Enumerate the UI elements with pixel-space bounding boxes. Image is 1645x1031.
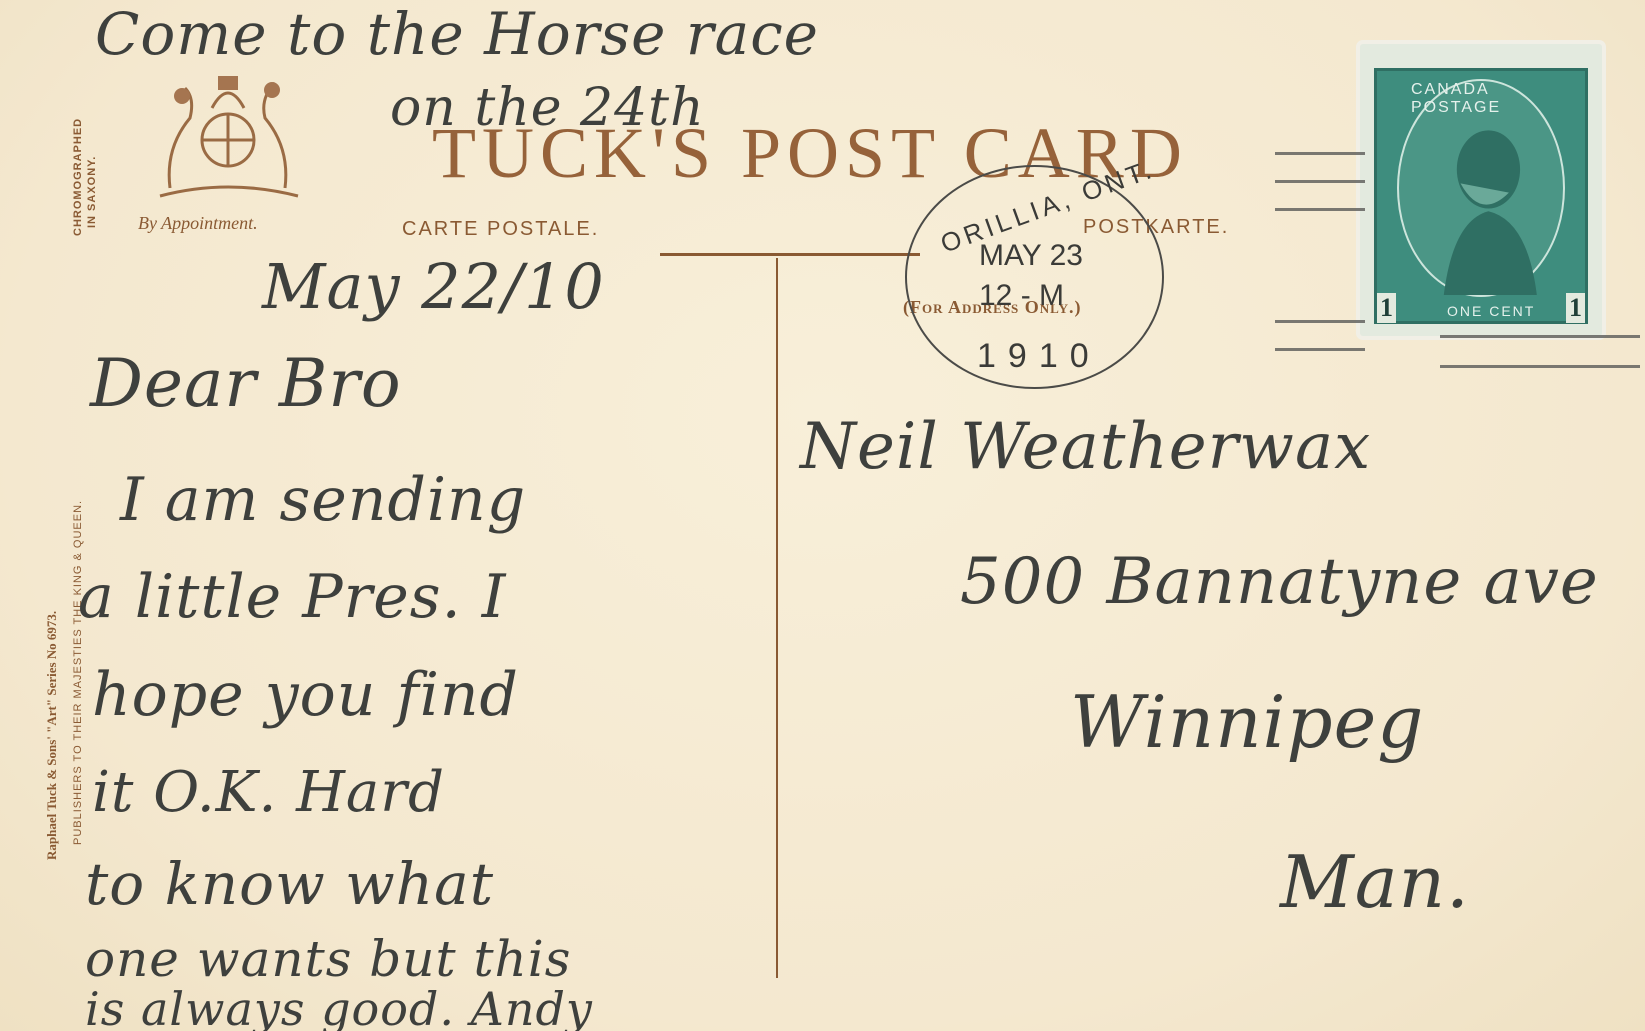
postmark-date: MAY 23	[979, 239, 1083, 273]
chromographed-label: CHROMOGRAPHED	[72, 118, 84, 236]
divider-vertical	[776, 258, 778, 978]
by-appointment-label: By Appointment.	[138, 213, 258, 234]
cancel-line	[1440, 335, 1640, 338]
address-line: Man.	[1280, 840, 1470, 924]
cancel-line	[1275, 348, 1365, 351]
in-saxony-label: IN SAXONY.	[86, 156, 98, 228]
divider-horizontal	[660, 253, 920, 256]
cancel-line	[1275, 152, 1365, 155]
handwritten-header-line2: on the 24th	[390, 78, 705, 138]
address-line: Winnipeg	[1070, 680, 1424, 764]
handwritten-greeting: Dear Bro	[90, 345, 402, 422]
cancel-line	[1275, 180, 1365, 183]
postmark: ORILLIA, ONT. MAY 23 12 - M 1910	[905, 165, 1164, 389]
address-line: Neil Weatherwax	[800, 410, 1371, 484]
message-line: to know what	[85, 850, 494, 918]
postmark-time: 12 - M	[979, 279, 1064, 313]
stamp-numeral-left: 1	[1377, 293, 1396, 323]
postmark-year: 1910	[977, 337, 1101, 376]
message-line: is always good. Andy	[85, 982, 593, 1031]
handwritten-header-line1: Come to the Horse race	[95, 0, 819, 68]
message-line: I am sending	[120, 465, 526, 535]
cancel-line	[1275, 320, 1365, 323]
cancel-line	[1440, 365, 1640, 368]
message-line: it O.K. Hard	[92, 760, 445, 825]
message-line: a little Pres. I	[78, 562, 506, 632]
message-line: one wants but this	[85, 930, 571, 988]
message-line: hope you find	[92, 660, 519, 730]
stamp-value-text: ONE CENT	[1447, 303, 1535, 319]
postcard-back: By Appointment. CHROMOGRAPHED IN SAXONY.…	[0, 0, 1645, 1031]
carte-postale-label: CARTE POSTALE.	[402, 218, 599, 241]
stamp-numeral-right: 1	[1566, 293, 1585, 323]
stamp-country: CANADA POSTAGE	[1411, 81, 1585, 117]
cancel-line	[1275, 208, 1365, 211]
handwritten-date: May 22/10	[262, 250, 605, 323]
royal-coat-of-arms-icon	[150, 68, 305, 208]
postage-stamp: CANADA POSTAGE ONE CENT 1 1	[1360, 44, 1602, 336]
publisher-series-label: Raphael Tuck & Sons' "Art" Series No 697…	[44, 611, 60, 860]
publisher-majesties-label: PUBLISHERS TO THEIR MAJESTIES THE KING &…	[72, 500, 84, 845]
address-line: 500 Bannatyne ave	[960, 545, 1599, 619]
